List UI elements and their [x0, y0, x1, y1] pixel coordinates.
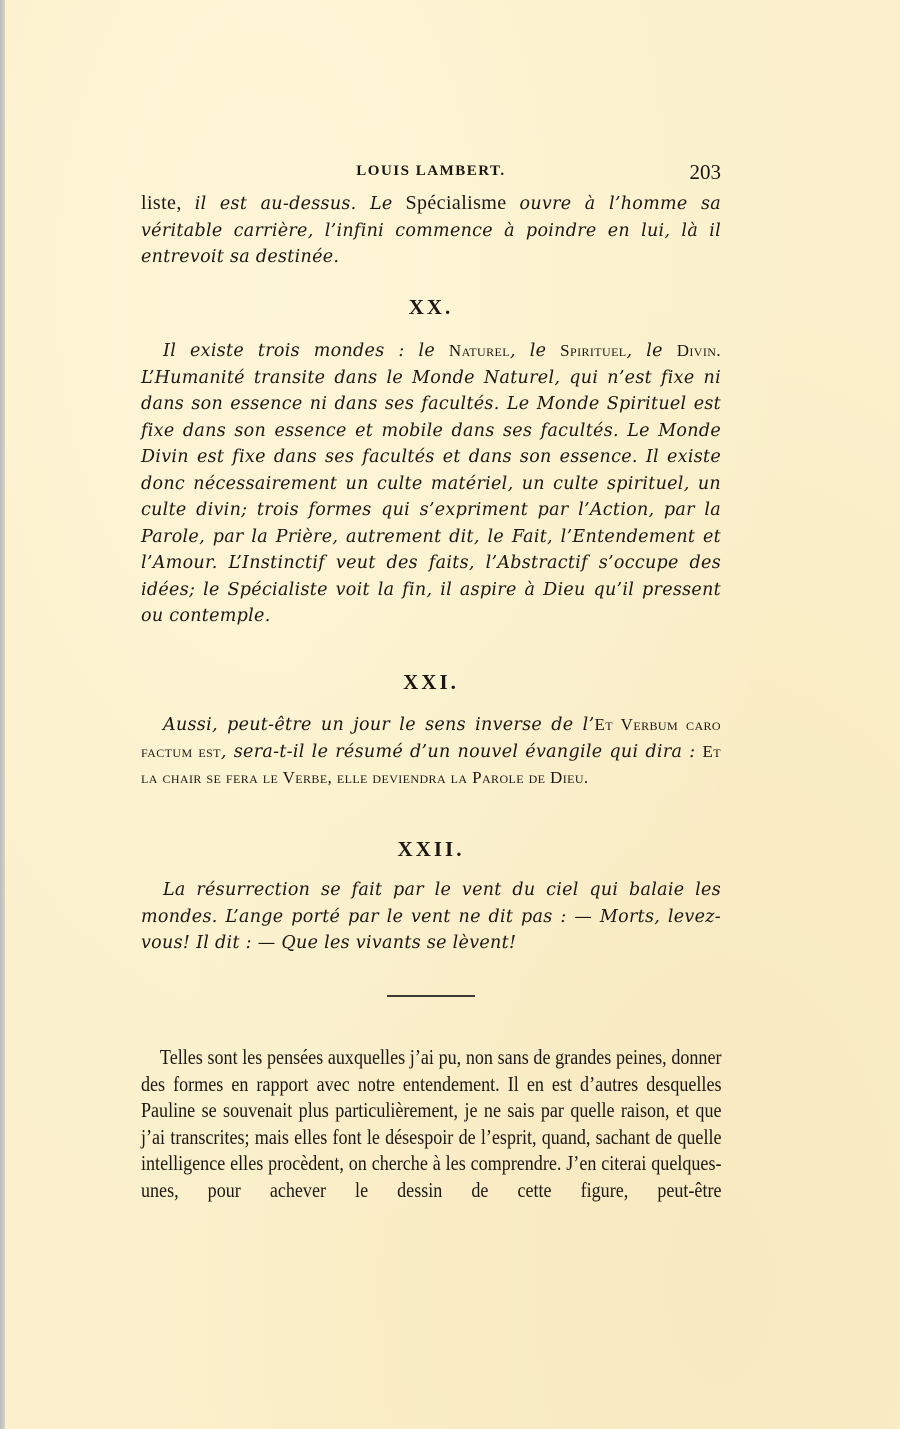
smallcaps-run: Spirituel: [560, 341, 626, 360]
section-heading-xxi: XXI.: [141, 670, 721, 695]
intro-roman-mid: Spécialisme: [393, 192, 520, 214]
intro-italic-rest: véritable carrière, l’infini commence à …: [141, 221, 721, 268]
section-separator-rule: [387, 995, 475, 997]
section-xx-body: Il existe trois mondes : le Naturel, le …: [141, 338, 721, 630]
intro-italic-2: ouvre à l’homme sa: [519, 194, 721, 214]
book-page: LOUIS LAMBERT. 203 liste, il est au-dess…: [0, 0, 900, 1429]
section-xxi-body: Aussi, peut-être un jour le sens inverse…: [141, 712, 721, 792]
running-title: LOUIS LAMBERT.: [141, 163, 721, 180]
intro-italic-1: il est au-dessus. Le: [195, 194, 393, 214]
text-run: Il existe trois mondes : le: [163, 341, 449, 361]
closing-paragraph: Telles sont les pensées auxquelles j’ai …: [141, 1044, 721, 1203]
section-xxii-paragraph: La résurrection se fait par le vent du c…: [141, 877, 721, 957]
section-heading-xx: XX.: [141, 295, 721, 320]
page-number: 203: [690, 160, 722, 185]
section-xx-paragraph: Il existe trois mondes : le Naturel, le …: [141, 338, 721, 630]
page-header: LOUIS LAMBERT. 203: [141, 160, 721, 186]
text-run: , le: [627, 341, 677, 361]
intro-paragraph: liste, il est au-dessus. Le Spécialisme …: [141, 190, 721, 271]
text-run: L’Humanité transite dans le Monde Nature…: [141, 368, 721, 627]
intro-paragraph-text: liste, il est au-dessus. Le Spécialisme …: [141, 190, 721, 271]
section-xxii-body: La résurrection se fait par le vent du c…: [141, 877, 721, 957]
smallcaps-run: Naturel: [449, 341, 510, 360]
intro-roman-start: liste,: [141, 192, 195, 214]
text-run: , sera-t-il le résumé d’un nouvel évangi…: [221, 742, 703, 762]
scan-left-edge: [0, 0, 5, 1429]
text-run: Aussi, peut-être un jour le sens inverse…: [163, 715, 594, 735]
section-heading-xxii: XXII.: [141, 837, 721, 862]
smallcaps-run: Divin.: [677, 341, 721, 360]
closing-paragraph-text: Telles sont les pensées auxquelles j’ai …: [141, 1044, 722, 1203]
section-xxi-paragraph: Aussi, peut-être un jour le sens inverse…: [141, 712, 721, 792]
text-run: , le: [510, 341, 560, 361]
